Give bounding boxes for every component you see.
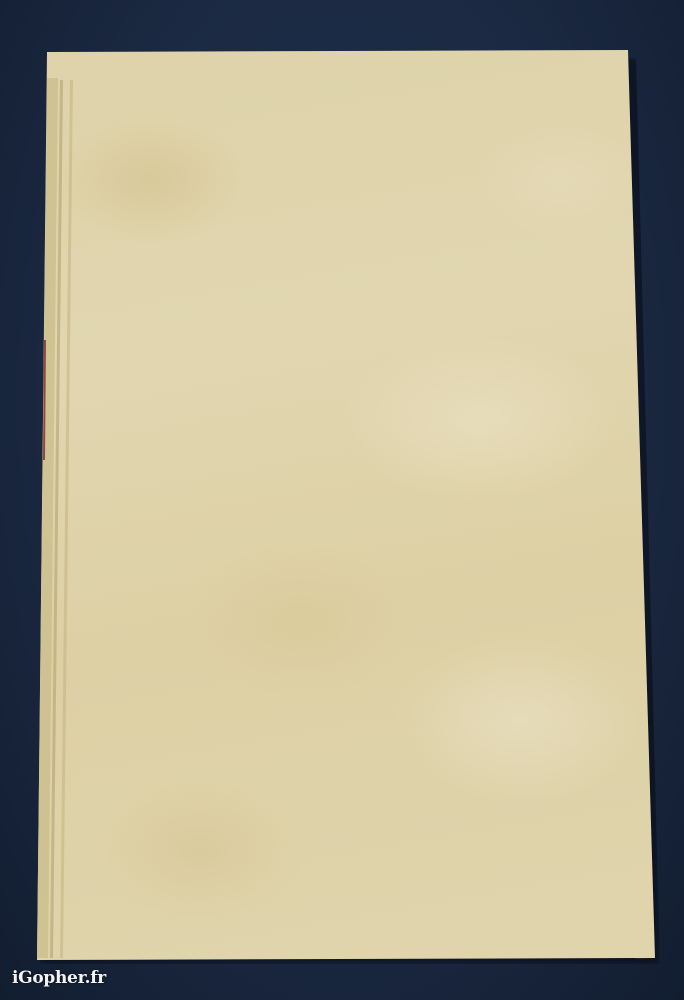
- watermark: iGopher.fr: [12, 968, 106, 988]
- book-cover: [0, 0, 684, 1000]
